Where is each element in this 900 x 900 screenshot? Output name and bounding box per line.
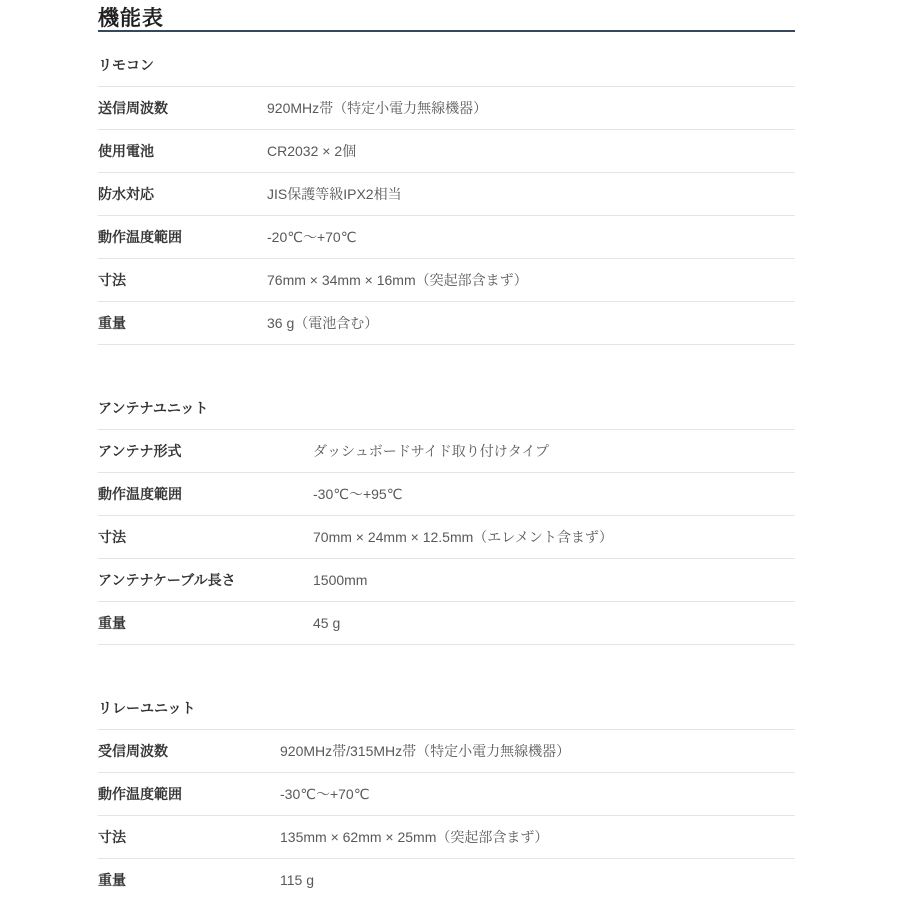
table-row: 動作温度範囲 -20℃～+70℃: [98, 216, 795, 259]
table-row: 寸法 76mm × 34mm × 16mm（突起部含まず）: [98, 259, 795, 302]
table-row: 防水対応 JIS保護等級IPX2相当: [98, 173, 795, 216]
row-label: アンテナケーブル長さ: [98, 572, 313, 589]
spec-table: アンテナ形式 ダッシュボードサイド取り付けタイプ 動作温度範囲 -30℃～+95…: [98, 430, 795, 645]
table-row: 受信周波数 920MHz帯/315MHz帯（特定小電力無線機器）: [98, 730, 795, 773]
spec-table: 送信周波数 920MHz帯（特定小電力無線機器） 使用電池 CR2032 × 2…: [98, 87, 795, 345]
row-value: 76mm × 34mm × 16mm（突起部含まず）: [267, 272, 795, 289]
row-label: 重量: [98, 872, 280, 889]
row-label: 受信周波数: [98, 743, 280, 760]
section-relay-unit: リレーユニット 受信周波数 920MHz帯/315MHz帯（特定小電力無線機器）…: [98, 700, 795, 900]
section-header: アンテナユニット: [98, 400, 795, 430]
row-label: 寸法: [98, 529, 313, 546]
row-value: CR2032 × 2個: [267, 143, 795, 160]
row-label: 送信周波数: [98, 100, 267, 117]
row-value: -30℃～+70℃: [280, 786, 795, 803]
table-row: 動作温度範囲 -30℃～+70℃: [98, 773, 795, 816]
row-value: 45 g: [313, 615, 795, 632]
row-value: -20℃～+70℃: [267, 229, 795, 246]
spec-table: 受信周波数 920MHz帯/315MHz帯（特定小電力無線機器） 動作温度範囲 …: [98, 730, 795, 900]
section-header: リモコン: [98, 57, 795, 87]
table-row: 重量 36 g（電池含む）: [98, 302, 795, 345]
row-label: 重量: [98, 315, 267, 332]
row-value: ダッシュボードサイド取り付けタイプ: [313, 443, 795, 460]
section-remote-control: リモコン 送信周波数 920MHz帯（特定小電力無線機器） 使用電池 CR203…: [98, 57, 795, 345]
row-value: 920MHz帯/315MHz帯（特定小電力無線機器）: [280, 743, 795, 760]
table-row: 重量 115 g: [98, 859, 795, 900]
section-header: リレーユニット: [98, 700, 795, 730]
spec-page: 機能表 リモコン 送信周波数 920MHz帯（特定小電力無線機器） 使用電池 C…: [98, 0, 795, 900]
table-row: 送信周波数 920MHz帯（特定小電力無線機器）: [98, 87, 795, 130]
row-value: 135mm × 62mm × 25mm（突起部含まず）: [280, 829, 795, 846]
row-value: 115 g: [280, 872, 795, 889]
table-row: アンテナ形式 ダッシュボードサイド取り付けタイプ: [98, 430, 795, 473]
page-title: 機能表: [98, 8, 795, 32]
row-label: 寸法: [98, 272, 267, 289]
table-row: アンテナケーブル長さ 1500mm: [98, 559, 795, 602]
row-label: 使用電池: [98, 143, 267, 160]
row-value: 36 g（電池含む）: [267, 315, 795, 332]
row-label: 動作温度範囲: [98, 229, 267, 246]
row-label: アンテナ形式: [98, 443, 313, 460]
table-row: 動作温度範囲 -30℃～+95℃: [98, 473, 795, 516]
table-row: 寸法 70mm × 24mm × 12.5mm（エレメント含まず）: [98, 516, 795, 559]
row-value: 70mm × 24mm × 12.5mm（エレメント含まず）: [313, 529, 795, 546]
row-label: 重量: [98, 615, 313, 632]
row-label: 防水対応: [98, 186, 267, 203]
row-value: 1500mm: [313, 572, 795, 589]
table-row: 寸法 135mm × 62mm × 25mm（突起部含まず）: [98, 816, 795, 859]
table-row: 使用電池 CR2032 × 2個: [98, 130, 795, 173]
row-value: 920MHz帯（特定小電力無線機器）: [267, 100, 795, 117]
section-antenna-unit: アンテナユニット アンテナ形式 ダッシュボードサイド取り付けタイプ 動作温度範囲…: [98, 400, 795, 645]
table-row: 重量 45 g: [98, 602, 795, 645]
row-label: 動作温度範囲: [98, 786, 280, 803]
row-value: -30℃～+95℃: [313, 486, 795, 503]
row-label: 動作温度範囲: [98, 486, 313, 503]
row-value: JIS保護等級IPX2相当: [267, 186, 795, 203]
row-label: 寸法: [98, 829, 280, 846]
